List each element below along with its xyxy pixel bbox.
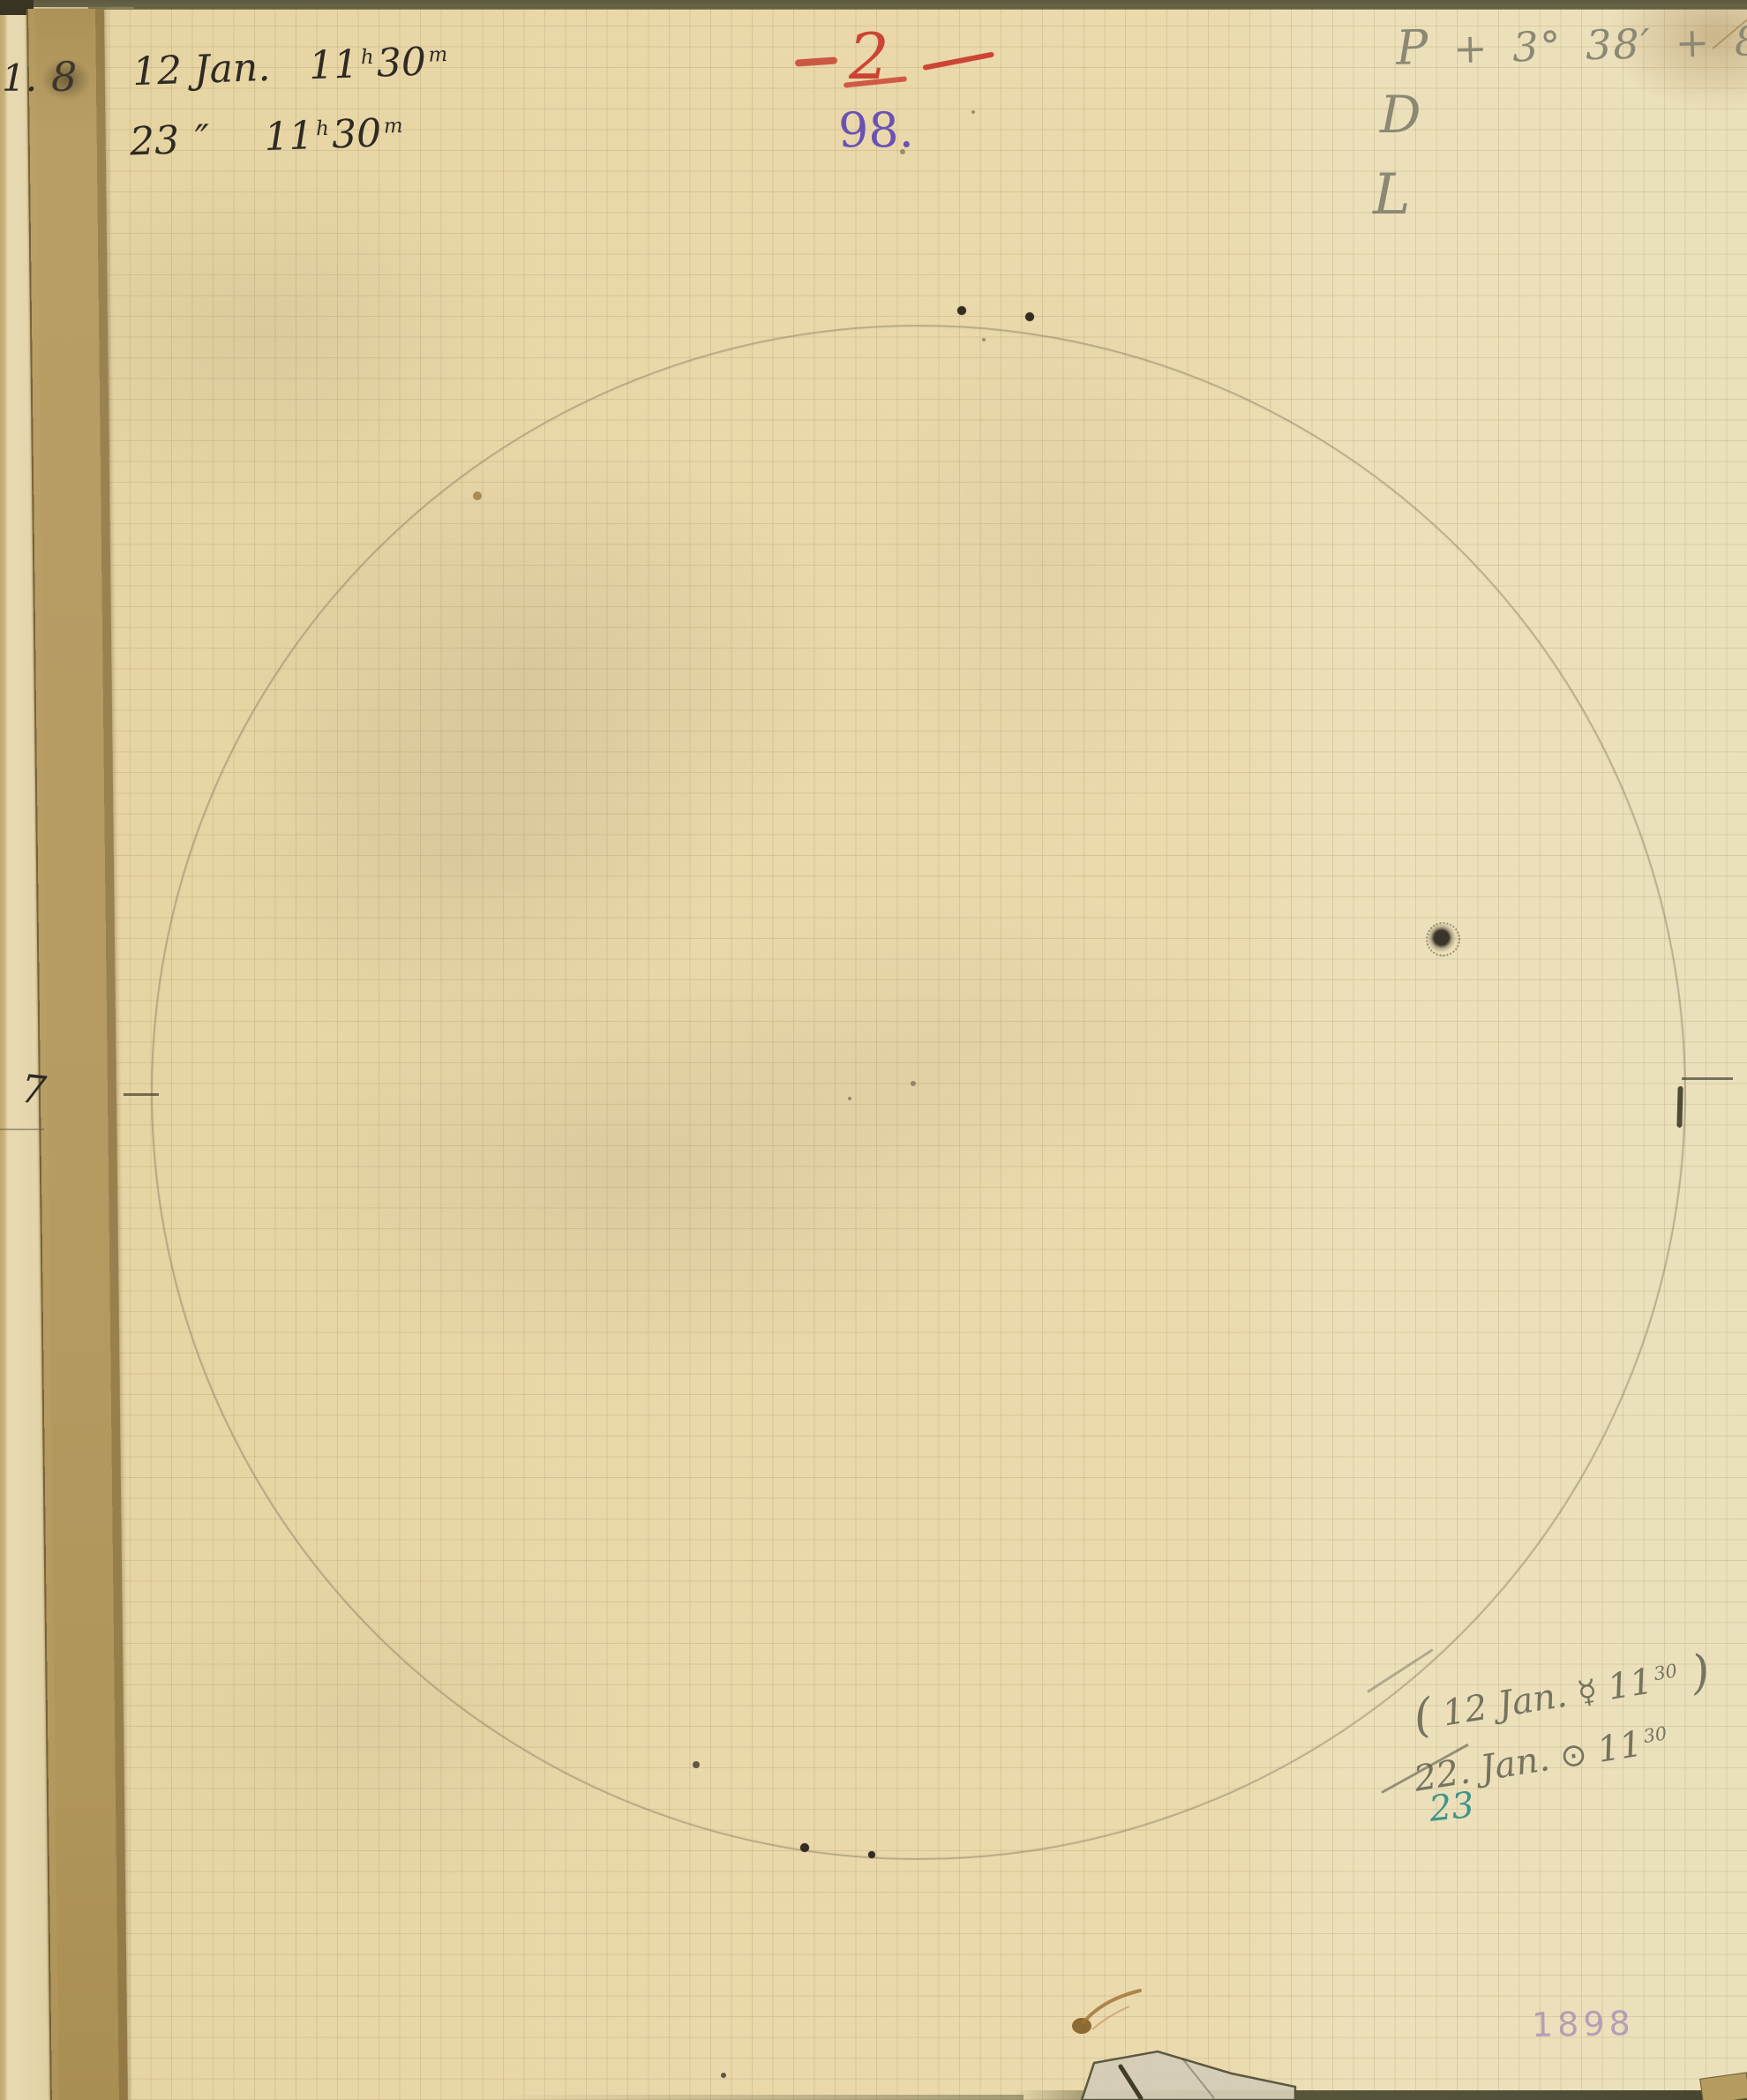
p-value-1: + 3° 38′ bbox=[1452, 19, 1652, 72]
left-limb-tick bbox=[124, 1093, 159, 1096]
sunspot-faint-speck bbox=[911, 1081, 916, 1086]
obs1-date: 12 Jan. bbox=[131, 45, 271, 94]
left-margin-line bbox=[0, 1129, 44, 1130]
bottom-artifacts bbox=[1050, 1968, 1332, 2100]
sunspot-ink-dot bbox=[957, 306, 966, 315]
note1-hour: 11 bbox=[1605, 1661, 1655, 1707]
margin-year-fragment-8: 8 bbox=[51, 53, 77, 101]
sunspot-faint-speck bbox=[848, 1097, 851, 1100]
sunspot-foxing-dot bbox=[473, 491, 482, 500]
note2-sup: 30 bbox=[1642, 1722, 1668, 1747]
sunspot-small-mark bbox=[721, 2073, 726, 2078]
obs2-date: 23 bbox=[129, 118, 180, 165]
right-limb-ink-blot bbox=[1676, 1086, 1683, 1128]
spacer bbox=[180, 153, 196, 154]
obs2-hour: 11 bbox=[264, 113, 315, 160]
bottom-edge-line bbox=[494, 2095, 1023, 2100]
obs2-min-sup: m bbox=[383, 115, 403, 139]
obs2-hour-sup: h bbox=[316, 117, 330, 140]
obs2-min: 30 bbox=[331, 111, 382, 158]
observation-date-row-2: 23″11h30m bbox=[129, 110, 406, 165]
obs1-min-sup: m bbox=[428, 43, 448, 67]
obs1-min: 30 bbox=[376, 40, 427, 86]
year-stamp: 1898 bbox=[1532, 2004, 1635, 2044]
sun-disk-outline bbox=[151, 325, 1686, 1860]
right-limb-tick bbox=[1682, 1077, 1733, 1080]
mercury-symbol: ☿ bbox=[1575, 1673, 1600, 1712]
sunspot-faint-speck bbox=[971, 110, 975, 114]
spacer bbox=[210, 150, 265, 152]
p-value-2: + 8° 44 bbox=[1675, 14, 1747, 67]
obs2-ditto: ″ bbox=[194, 116, 210, 162]
obs1-hour: 11 bbox=[308, 41, 359, 88]
series-number: 98. bbox=[838, 102, 914, 158]
note1-sup: 30 bbox=[1653, 1660, 1679, 1684]
sunspot-ink-dot bbox=[800, 1843, 809, 1852]
footnote-line-3-corrected-date: 23 bbox=[1428, 1785, 1476, 1830]
sunspot-faint-speck bbox=[982, 338, 986, 341]
margin-year-fragment: 1. bbox=[2, 56, 37, 100]
sunspot-ink-dot bbox=[1025, 312, 1034, 321]
l-label: L bbox=[1373, 162, 1411, 228]
position-angle-line: P + 3° 38′ + 8° 44 bbox=[1395, 8, 1747, 76]
sunspot-ink-dot bbox=[868, 1851, 875, 1858]
p-label: P bbox=[1395, 19, 1430, 76]
d-label: D bbox=[1380, 85, 1421, 145]
obs1-hour-sup: h bbox=[360, 46, 374, 69]
sun-symbol: ⊙ bbox=[1557, 1736, 1589, 1775]
torn-paper-fragment bbox=[1082, 2051, 1295, 2100]
ink-smudge-blob bbox=[1072, 2018, 1091, 2034]
sunspot-small-mark bbox=[693, 1761, 700, 1768]
smudge-tail-stroke bbox=[1083, 1991, 1140, 2022]
left-margin-mark: 7 bbox=[19, 1067, 48, 1114]
page-top-edge bbox=[88, 7, 1747, 10]
scanned-observation-sheet: 7 1. 8 12 Jan.11h30m 23″11h30m 2 98. P +… bbox=[0, 0, 1747, 2100]
spacer bbox=[271, 79, 310, 80]
note2-hour: 11 bbox=[1594, 1723, 1645, 1770]
sunspot-penumbra-spot bbox=[1426, 922, 1460, 956]
